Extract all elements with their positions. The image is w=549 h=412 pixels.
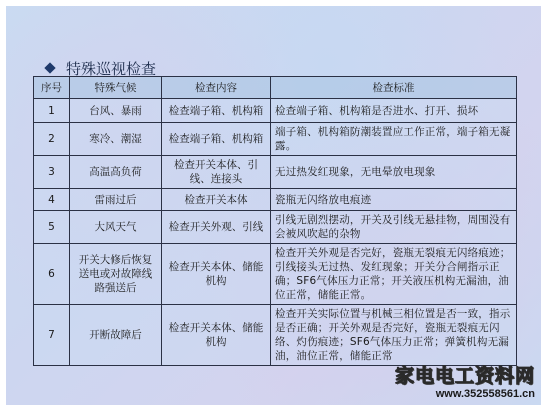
cell-content: 检查开关本体 <box>162 189 271 211</box>
header-no: 序号 <box>34 77 70 99</box>
cell-standard: 引线无剧烈摆动，开关及引线无悬挂物，周围没有会被风吹起的杂物 <box>271 211 517 244</box>
table-row: 2 寒冷、潮湿 检查端子箱、机构箱 端子箱、机构箱防潮装置应工作正常，端子箱无凝… <box>34 123 517 156</box>
cell-weather: 台风、暴雨 <box>70 99 162 123</box>
cell-no: 4 <box>34 189 70 211</box>
watermark: 家电电工资料网 www.352558561.cn <box>395 365 535 401</box>
cell-content: 检查开关本体、储能机构 <box>162 305 271 366</box>
table-row: 3 高温高负荷 检查开关本体、引线、连接头 无过热发红现象，无电晕放电现象 <box>34 156 517 189</box>
diamond-icon <box>44 62 55 73</box>
cell-standard: 无过热发红现象，无电晕放电现象 <box>271 156 517 189</box>
table-row: 6 开关大修后恢复送电或对故障线路强送后 检查开关本体、储能机构 检查开关外观是… <box>34 244 517 305</box>
cell-content: 检查开关本体、储能机构 <box>162 244 271 305</box>
cell-weather: 寒冷、潮湿 <box>70 123 162 156</box>
cell-standard: 检查开关外观是否完好，瓷瓶无裂痕无闪络痕迹；引线接头无过热、发红现象；开关分合闸… <box>271 244 517 305</box>
slide: 特殊巡视检查 序号 特殊气候 检查内容 检查标准 1 台风、暴雨 检查端子箱、机… <box>6 6 541 405</box>
cell-content: 检查端子箱、机构箱 <box>162 99 271 123</box>
cell-weather: 开断故障后 <box>70 305 162 366</box>
cell-no: 1 <box>34 99 70 123</box>
watermark-url: www.352558561.cn <box>395 387 535 401</box>
cell-standard: 瓷瓶无闪络放电痕迹 <box>271 189 517 211</box>
cell-no: 3 <box>34 156 70 189</box>
special-inspection-table: 序号 特殊气候 检查内容 检查标准 1 台风、暴雨 检查端子箱、机构箱 检查端子… <box>33 76 517 366</box>
table-row: 7 开断故障后 检查开关本体、储能机构 检查开关实际位置与机械三相位置是否一致，… <box>34 305 517 366</box>
table-row: 1 台风、暴雨 检查端子箱、机构箱 检查端子箱、机构箱是否进水、打开、损坏 <box>34 99 517 123</box>
cell-standard: 检查开关实际位置与机械三相位置是否一致，指示是否正确；开关外观是否完好，瓷瓶无裂… <box>271 305 517 366</box>
cell-no: 5 <box>34 211 70 244</box>
cell-weather: 大风天气 <box>70 211 162 244</box>
cell-content: 检查开关本体、引线、连接头 <box>162 156 271 189</box>
header-weather: 特殊气候 <box>70 77 162 99</box>
table-header-row: 序号 特殊气候 检查内容 检查标准 <box>34 77 517 99</box>
cell-weather: 高温高负荷 <box>70 156 162 189</box>
cell-weather: 开关大修后恢复送电或对故障线路强送后 <box>70 244 162 305</box>
cell-no: 7 <box>34 305 70 366</box>
table-row: 4 雷雨过后 检查开关本体 瓷瓶无闪络放电痕迹 <box>34 189 517 211</box>
watermark-title: 家电电工资料网 <box>395 365 535 387</box>
cell-no: 6 <box>34 244 70 305</box>
cell-standard: 端子箱、机构箱防潮装置应工作正常，端子箱无凝露。 <box>271 123 517 156</box>
header-content: 检查内容 <box>162 77 271 99</box>
cell-weather: 雷雨过后 <box>70 189 162 211</box>
cell-content: 检查开关外观、引线 <box>162 211 271 244</box>
cell-standard: 检查端子箱、机构箱是否进水、打开、损坏 <box>271 99 517 123</box>
cell-content: 检查端子箱、机构箱 <box>162 123 271 156</box>
table-row: 5 大风天气 检查开关外观、引线 引线无剧烈摆动，开关及引线无悬挂物，周围没有会… <box>34 211 517 244</box>
cell-no: 2 <box>34 123 70 156</box>
header-standard: 检查标准 <box>271 77 517 99</box>
